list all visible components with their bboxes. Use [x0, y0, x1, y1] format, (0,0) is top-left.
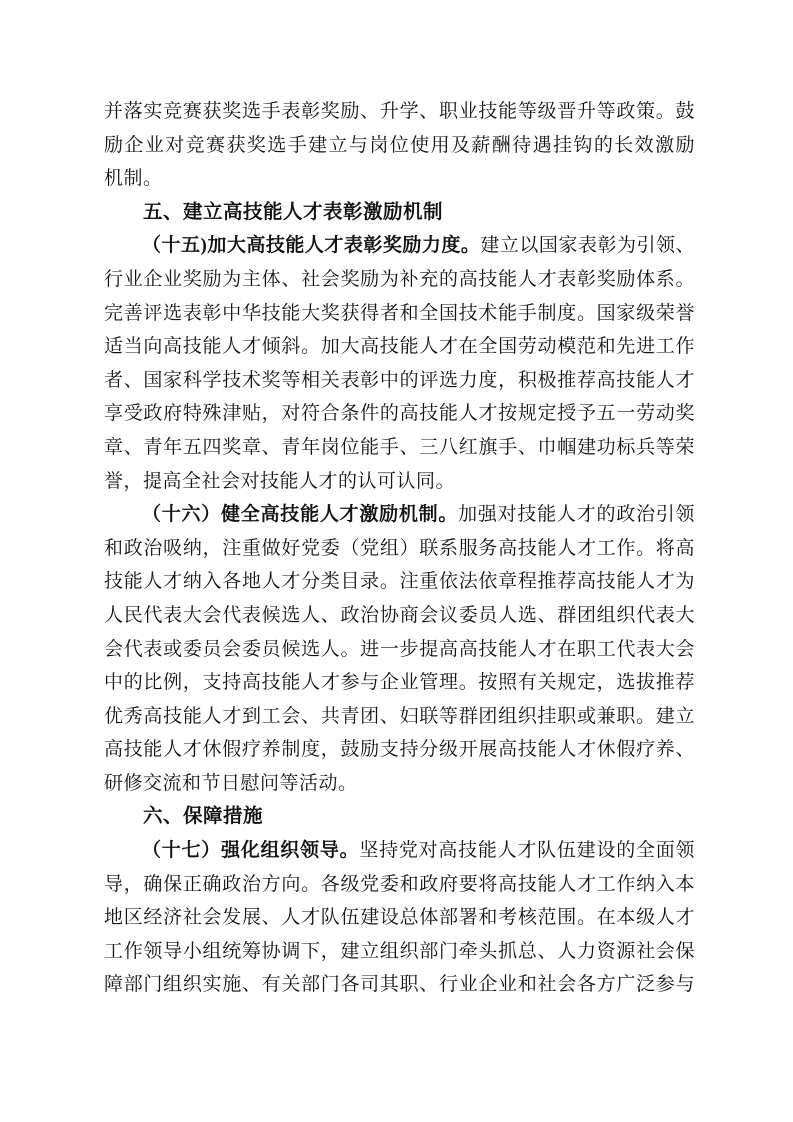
text-run: 地区经济社会发展、人才队伍建设总体部署和考核范围。在本级人才 — [104, 907, 695, 928]
text-run: 优秀高技能人才到工会、共青团、妇联等群团组织挂职或兼职。建立 — [104, 706, 695, 727]
para-16-line: 人民代表大会代表候选人、政治协商会议委员人选、群团组织代表大 — [104, 599, 695, 633]
emphasis-text-run: 六、保障措施 — [143, 805, 263, 827]
para-16-line: 和政治吸纳，注重做好党委（党组）联系服务高技能人才工作。将高 — [104, 532, 695, 566]
text-run: 导，确保正确政治方向。各级党委和政府要将高技能人才工作纳入本 — [104, 874, 695, 895]
emphasis-text-run: 五、建立高技能人才表彰激励机制 — [143, 201, 443, 223]
para-17-line: （十七）强化组织领导。坚持党对高技能人才队伍建设的全面领 — [104, 834, 695, 868]
para-16-line: 会代表或委员会委员候选人。进一步提高高技能人才在职工代表大会 — [104, 633, 695, 667]
text-run: 者、国家科学技术奖等相关表彰中的评选力度，积极推荐高技能人才 — [104, 370, 695, 391]
emphasis-text-run: （十七）强化组织领导。 — [142, 840, 359, 861]
emphasis-text-run: （十五)加大高技能人才表彰奖励力度。 — [142, 235, 480, 256]
para-carryover-line: 励企业对竞赛获奖选手建立与岗位使用及薪酬待遇挂钩的长效激励 — [104, 129, 695, 163]
section-heading-5: 五、建立高技能人才表彰激励机制 — [104, 196, 695, 230]
para-15-line: 完善评选表彰中华技能大奖获得者和全国技术能手制度。国家级荣誉 — [104, 297, 695, 331]
emphasis-text-run: （十六）健全高技能人才激励机制。 — [142, 504, 458, 525]
text-run: 誉，提高全社会对技能人才的认可认同。 — [104, 471, 455, 492]
text-run: 会代表或委员会委员候选人。进一步提高高技能人才在职工代表大会 — [104, 639, 695, 660]
text-run: 加强对技能人才的政治引领 — [458, 504, 695, 525]
text-run: 完善评选表彰中华技能大奖获得者和全国技术能手制度。国家级荣誉 — [104, 303, 695, 324]
document-text-block: 并落实竞赛获奖选手表彰奖励、升学、职业技能等级晋升等政策。鼓励企业对竞赛获奖选手… — [104, 95, 695, 1002]
section-heading-6: 六、保障措施 — [104, 800, 695, 834]
para-16-line: 优秀高技能人才到工会、共青团、妇联等群团组织挂职或兼职。建立 — [104, 700, 695, 734]
para-15-line: 适当向高技能人才倾斜。加大高技能人才在全国劳动模范和先进工作 — [104, 330, 695, 364]
text-run: 障部门组织实施、有关部门各司其职、行业企业和社会各方广泛参与 — [104, 974, 695, 995]
para-16-line: 技能人才纳入各地人才分类目录。注重依法依章程推荐高技能人才为 — [104, 565, 695, 599]
text-run: 建立以国家表彰为引领、 — [480, 235, 695, 256]
para-17-line: 导，确保正确政治方向。各级党委和政府要将高技能人才工作纳入本 — [104, 868, 695, 902]
text-run: 高技能人才休假疗养制度，鼓励支持分级开展高技能人才休假疗养、 — [104, 739, 695, 760]
para-carryover-line: 并落实竞赛获奖选手表彰奖励、升学、职业技能等级晋升等政策。鼓 — [104, 95, 695, 129]
text-run: 章、青年五四奖章、青年岗位能手、三八红旗手、巾帼建功标兵等荣 — [104, 437, 695, 458]
text-run: 中的比例，支持高技能人才参与企业管理。按照有关规定，选拔推荐 — [104, 672, 695, 693]
para-16-line-end: 研修交流和节日慰问等活动。 — [104, 767, 695, 801]
para-16-line: 高技能人才休假疗养制度，鼓励支持分级开展高技能人才休假疗养、 — [104, 733, 695, 767]
text-run: 和政治吸纳，注重做好党委（党组）联系服务高技能人才工作。将高 — [104, 538, 695, 559]
text-run: 人民代表大会代表候选人、政治协商会议委员人选、群团组织代表大 — [104, 605, 695, 626]
para-15-line-end: 誉，提高全社会对技能人才的认可认同。 — [104, 465, 695, 499]
text-run: 励企业对竞赛获奖选手建立与岗位使用及薪酬待遇挂钩的长效激励 — [104, 135, 695, 156]
document-page: 并落实竞赛获奖选手表彰奖励、升学、职业技能等级晋升等政策。鼓励企业对竞赛获奖选手… — [0, 0, 793, 1122]
para-15-line: 章、青年五四奖章、青年岗位能手、三八红旗手、巾帼建功标兵等荣 — [104, 431, 695, 465]
para-17-line: 地区经济社会发展、人才队伍建设总体部署和考核范围。在本级人才 — [104, 901, 695, 935]
text-run: 机制。 — [104, 168, 163, 189]
text-run: 研修交流和节日慰问等活动。 — [104, 773, 358, 794]
para-15-line: 享受政府特殊津贴，对符合条件的高技能人才按规定授予五一劳动奖 — [104, 397, 695, 431]
para-15-line: 行业企业奖励为主体、社会奖励为补充的高技能人才表彰奖励体系。 — [104, 263, 695, 297]
para-16-line: 中的比例，支持高技能人才参与企业管理。按照有关规定，选拔推荐 — [104, 666, 695, 700]
para-16-line: （十六）健全高技能人才激励机制。加强对技能人才的政治引领 — [104, 498, 695, 532]
text-run: 坚持党对高技能人才队伍建设的全面领 — [359, 840, 695, 861]
para-17-line: 工作领导小组统筹协调下，建立组织部门牵头抓总、人力资源社会保 — [104, 935, 695, 969]
text-run: 行业企业奖励为主体、社会奖励为补充的高技能人才表彰奖励体系。 — [104, 269, 695, 290]
text-run: 享受政府特殊津贴，对符合条件的高技能人才按规定授予五一劳动奖 — [104, 403, 695, 424]
para-carryover-line-end: 机制。 — [104, 162, 695, 196]
para-15-line: 者、国家科学技术奖等相关表彰中的评选力度，积极推荐高技能人才 — [104, 364, 695, 398]
text-run: 并落实竞赛获奖选手表彰奖励、升学、职业技能等级晋升等政策。鼓 — [104, 101, 695, 122]
para-15-line: （十五)加大高技能人才表彰奖励力度。建立以国家表彰为引领、 — [104, 229, 695, 263]
text-run: 适当向高技能人才倾斜。加大高技能人才在全国劳动模范和先进工作 — [104, 336, 695, 357]
para-17-line: 障部门组织实施、有关部门各司其职、行业企业和社会各方广泛参与 — [104, 968, 695, 1002]
text-run: 技能人才纳入各地人才分类目录。注重依法依章程推荐高技能人才为 — [104, 571, 695, 592]
text-run: 工作领导小组统筹协调下，建立组织部门牵头抓总、人力资源社会保 — [104, 941, 695, 962]
